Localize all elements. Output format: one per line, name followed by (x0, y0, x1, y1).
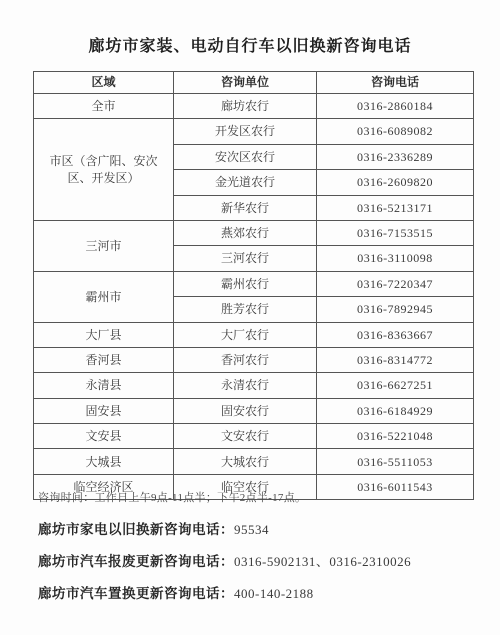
table-row: 市区（含广阳、安次区、开发区）开发区农行0316-6089082 (34, 119, 474, 144)
phone-cell: 0316-6089082 (317, 119, 474, 144)
phone-cell: 0316-3110098 (317, 246, 474, 271)
table-row: 霸州市霸州农行0316-7220347 (34, 271, 474, 296)
phone-cell: 0316-2609820 (317, 170, 474, 195)
phone-cell: 0316-2336289 (317, 144, 474, 169)
unit-cell: 文安农行 (174, 424, 317, 449)
table-header-phone: 咨询电话 (317, 72, 474, 94)
table-row: 三河市燕郊农行0316-7153515 (34, 220, 474, 245)
phone-cell: 0316-2860184 (317, 94, 474, 119)
phone-cell: 0316-7153515 (317, 220, 474, 245)
region-cell: 大厂县 (34, 322, 174, 347)
region-cell: 市区（含广阳、安次区、开发区） (34, 119, 174, 221)
unit-cell: 霸州农行 (174, 271, 317, 296)
region-cell: 全市 (34, 94, 174, 119)
unit-cell: 固安农行 (174, 398, 317, 423)
phone-cell: 0316-7220347 (317, 271, 474, 296)
table-header-region: 区域 (34, 72, 174, 94)
region-cell: 固安县 (34, 398, 174, 423)
unit-cell: 香河农行 (174, 347, 317, 372)
unit-cell: 三河农行 (174, 246, 317, 271)
table-note: 咨询时间：工作日上午9点-11点半；下午2点半-17点。 (38, 489, 306, 505)
hotlines-block: 廊坊市家电以旧换新咨询电话：95534 廊坊市汽车报废更新咨询电话：0316-5… (38, 521, 411, 617)
unit-cell: 廊坊农行 (174, 94, 317, 119)
document-page: 廊坊市家装、电动自行车以旧换新咨询电话 区域 咨询单位 咨询电话 全市廊坊农行0… (0, 0, 500, 635)
unit-cell: 燕郊农行 (174, 220, 317, 245)
unit-cell: 大厂农行 (174, 322, 317, 347)
hotline-label: 廊坊市汽车报废更新咨询电话： (38, 554, 234, 569)
region-cell: 永清县 (34, 373, 174, 398)
hotline-label: 廊坊市家电以旧换新咨询电话： (38, 522, 234, 537)
hotline-line: 廊坊市汽车置换更新咨询电话：400-140-2188 (38, 585, 411, 602)
hotline-line: 廊坊市汽车报废更新咨询电话：0316-5902131、0316-2310026 (38, 553, 411, 570)
region-cell: 三河市 (34, 220, 174, 271)
unit-cell: 开发区农行 (174, 119, 317, 144)
table-body: 全市廊坊农行0316-2860184市区（含广阳、安次区、开发区）开发区农行03… (34, 94, 474, 500)
unit-cell: 永清农行 (174, 373, 317, 398)
table-row: 香河县香河农行0316-8314772 (34, 347, 474, 372)
table-row: 大城县大城农行0316-5511053 (34, 449, 474, 474)
table-header-unit: 咨询单位 (174, 72, 317, 94)
unit-cell: 胜芳农行 (174, 297, 317, 322)
table-row: 大厂县大厂农行0316-8363667 (34, 322, 474, 347)
consultation-phone-table: 区域 咨询单位 咨询电话 全市廊坊农行0316-2860184市区（含广阳、安次… (33, 71, 474, 500)
region-cell: 大城县 (34, 449, 174, 474)
table-row: 文安县文安农行0316-5221048 (34, 424, 474, 449)
hotline-value: 95534 (234, 522, 269, 537)
hotline-label: 廊坊市汽车置换更新咨询电话： (38, 586, 234, 601)
phone-cell: 0316-5213171 (317, 195, 474, 220)
unit-cell: 安次区农行 (174, 144, 317, 169)
hotline-line: 廊坊市家电以旧换新咨询电话：95534 (38, 521, 411, 538)
phone-cell: 0316-8314772 (317, 347, 474, 372)
region-cell: 霸州市 (34, 271, 174, 322)
phone-cell: 0316-6627251 (317, 373, 474, 398)
phone-cell: 0316-7892945 (317, 297, 474, 322)
unit-cell: 金光道农行 (174, 170, 317, 195)
phone-cell: 0316-8363667 (317, 322, 474, 347)
hotline-value: 400-140-2188 (234, 586, 314, 601)
region-cell: 香河县 (34, 347, 174, 372)
phone-cell: 0316-5511053 (317, 449, 474, 474)
table-header-row: 区域 咨询单位 咨询电话 (34, 72, 474, 94)
table-row: 固安县固安农行0316-6184929 (34, 398, 474, 423)
phone-table-wrap: 区域 咨询单位 咨询电话 全市廊坊农行0316-2860184市区（含广阳、安次… (33, 71, 473, 500)
phone-cell: 0316-6011543 (317, 474, 474, 499)
page-title: 廊坊市家装、电动自行车以旧换新咨询电话 (0, 0, 500, 56)
phone-cell: 0316-6184929 (317, 398, 474, 423)
unit-cell: 新华农行 (174, 195, 317, 220)
unit-cell: 大城农行 (174, 449, 317, 474)
table-row: 永清县永清农行0316-6627251 (34, 373, 474, 398)
hotline-value: 0316-5902131、0316-2310026 (234, 554, 411, 569)
region-cell: 文安县 (34, 424, 174, 449)
phone-cell: 0316-5221048 (317, 424, 474, 449)
table-row: 全市廊坊农行0316-2860184 (34, 94, 474, 119)
